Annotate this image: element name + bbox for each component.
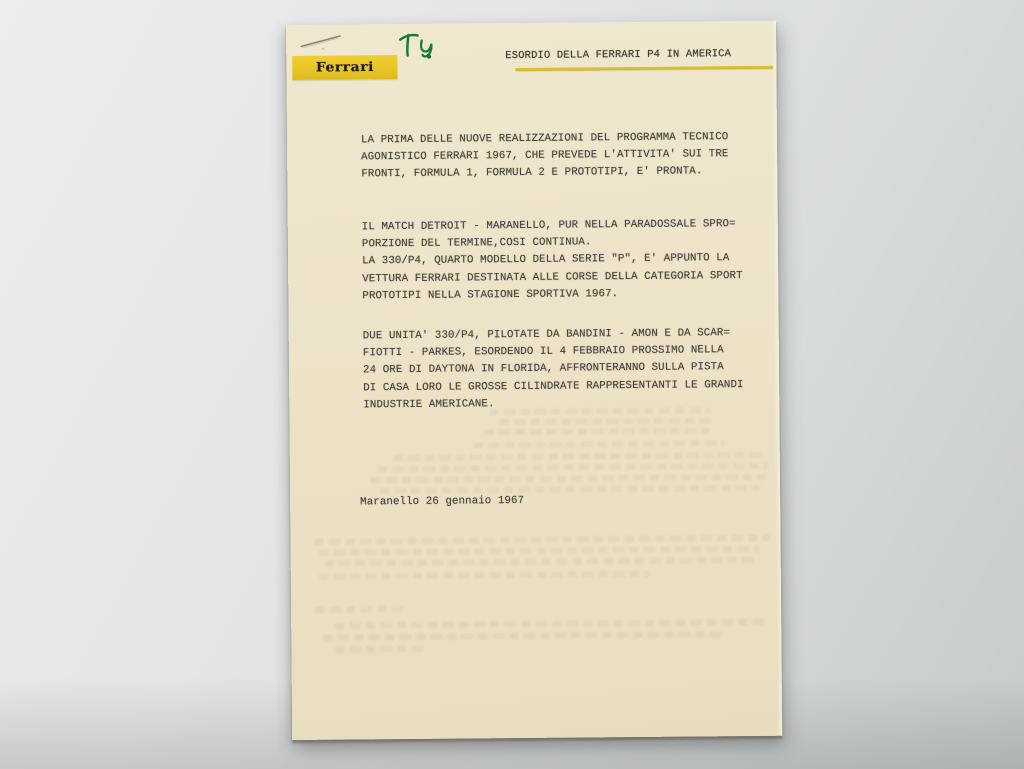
ferrari-logo-band: Ferrari: [292, 55, 397, 80]
showthrough-line: [314, 535, 769, 545]
showthrough-line: [335, 646, 425, 653]
paragraph-3: DUE UNITA' 330/P4, PILOTATE DA BANDINI -…: [363, 325, 744, 414]
handwritten-initials-mark: [397, 30, 443, 66]
photo-backdrop: Ferrari ESORDIO DELLA FERRARI P4 IN AMER…: [0, 0, 1024, 769]
showthrough-line: [320, 546, 760, 556]
showthrough-line: [335, 619, 765, 629]
showthrough-line: [485, 427, 710, 435]
press-release-sheet: Ferrari ESORDIO DELLA FERRARI P4 IN AMER…: [286, 21, 782, 740]
showthrough-line: [315, 606, 405, 613]
document-title: ESORDIO DELLA FERRARI P4 IN AMERICA: [505, 48, 745, 62]
showthrough-line: [371, 474, 766, 483]
showthrough-line: [323, 631, 723, 640]
showthrough-line: [325, 557, 755, 567]
showthrough-line: [394, 452, 764, 461]
title-underline-rule: [515, 66, 773, 71]
paragraph-1: LA PRIMA DELLE NUOVE REALIZZAZIONI DEL P…: [361, 129, 729, 184]
ferrari-logo-text: Ferrari: [316, 60, 374, 75]
showthrough-line: [499, 417, 714, 425]
dateline: Maranello 26 gennaio 1967: [360, 493, 524, 512]
pencil-mark: [298, 33, 344, 49]
paragraph-2: IL MATCH DETROIT - MARANELLO, PUR NELLA …: [362, 216, 743, 305]
showthrough-line: [474, 440, 724, 448]
showthrough-line: [378, 463, 768, 472]
showthrough-line: [320, 571, 650, 580]
